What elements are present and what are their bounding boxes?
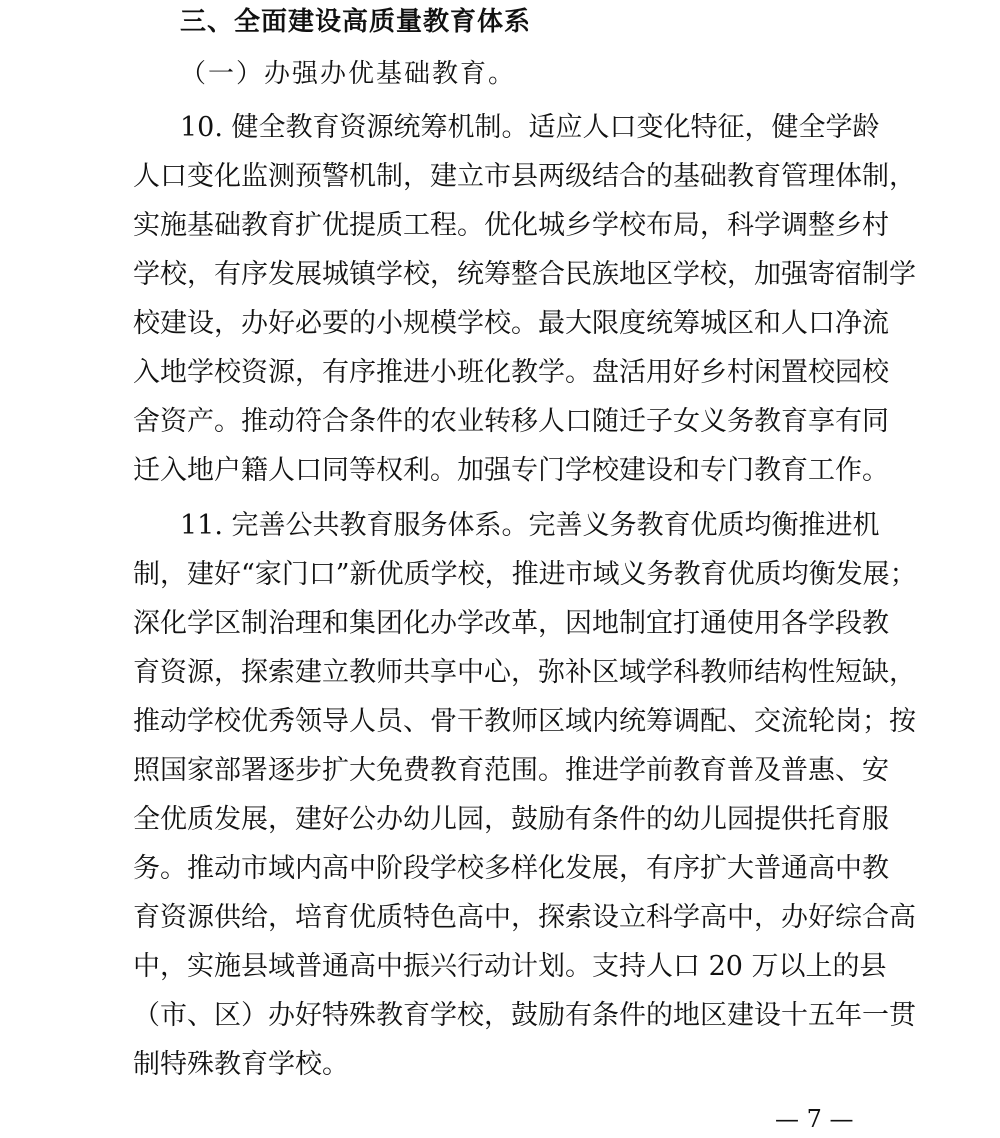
subsection-heading: （一）办强办优基础教育。 — [180, 54, 516, 94]
paragraph-line: 推动学校优秀领导人员、骨干教师区域内统筹调配、交流轮岗；按 — [133, 702, 869, 742]
paragraph-line: 照国家部署逐步扩大免费教育范围。推进学前教育普及普惠、安 — [133, 751, 869, 791]
paragraph-line: 10. 健全教育资源统筹机制。适应人口变化特征，健全学龄 — [180, 108, 869, 148]
paragraph-line: （市、区）办好特殊教育学校，鼓励有条件的地区建设十五年一贯 — [133, 996, 869, 1036]
paragraph-line: 务。推动市域内高中阶段学校多样化发展，有序扩大普通高中教 — [133, 849, 869, 889]
paragraph-line: 舍资产。推动符合条件的农业转移人口随迁子女义务教育享有同 — [133, 402, 869, 442]
paragraph-line: 校建设，办好必要的小规模学校。最大限度统筹城区和人口净流 — [133, 304, 869, 344]
section-heading: 三、全面建设高质量教育体系 — [180, 2, 531, 42]
paragraph-line: 11. 完善公共教育服务体系。完善义务教育优质均衡推进机 — [180, 506, 869, 546]
paragraph-line: 入地学校资源，有序推进小班化教学。盘活用好乡村闲置校园校 — [133, 353, 869, 393]
paragraph-line: 育资源供给，培育优质特色高中，探索设立科学高中，办好综合高 — [133, 898, 869, 938]
paragraph-line: 深化学区制治理和集团化办学改革，因地制宜打通使用各学段教 — [133, 604, 869, 644]
paragraph-line: 中，实施县域普通高中振兴行动计划。支持人口 20 万以上的县 — [133, 947, 869, 987]
paragraph-line: 实施基础教育扩优提质工程。优化城乡学校布局，科学调整乡村 — [133, 206, 869, 246]
paragraph-line: 学校，有序发展城镇学校，统筹整合民族地区学校，加强寄宿制学 — [133, 255, 869, 295]
paragraph-line: 人口变化监测预警机制，建立市县两级结合的基础教育管理体制， — [133, 157, 869, 197]
paragraph-line: 制特殊教育学校。 — [133, 1045, 869, 1085]
paragraph-line: 制，建好“家门口”新优质学校，推进市域义务教育优质均衡发展； — [133, 555, 869, 595]
paragraph-line: 育资源，探索建立教师共享中心，弥补区域学科教师结构性短缺， — [133, 653, 869, 693]
page-number: — 7 — — [775, 1104, 854, 1134]
paragraph-line: 迁入地户籍人口同等权利。加强专门学校建设和专门教育工作。 — [133, 451, 869, 491]
document-page: 三、全面建设高质量教育体系 （一）办强办优基础教育。 10. 健全教育资源统筹机… — [0, 0, 1000, 1138]
paragraph-line: 全优质发展，建好公办幼儿园，鼓励有条件的幼儿园提供托育服 — [133, 800, 869, 840]
